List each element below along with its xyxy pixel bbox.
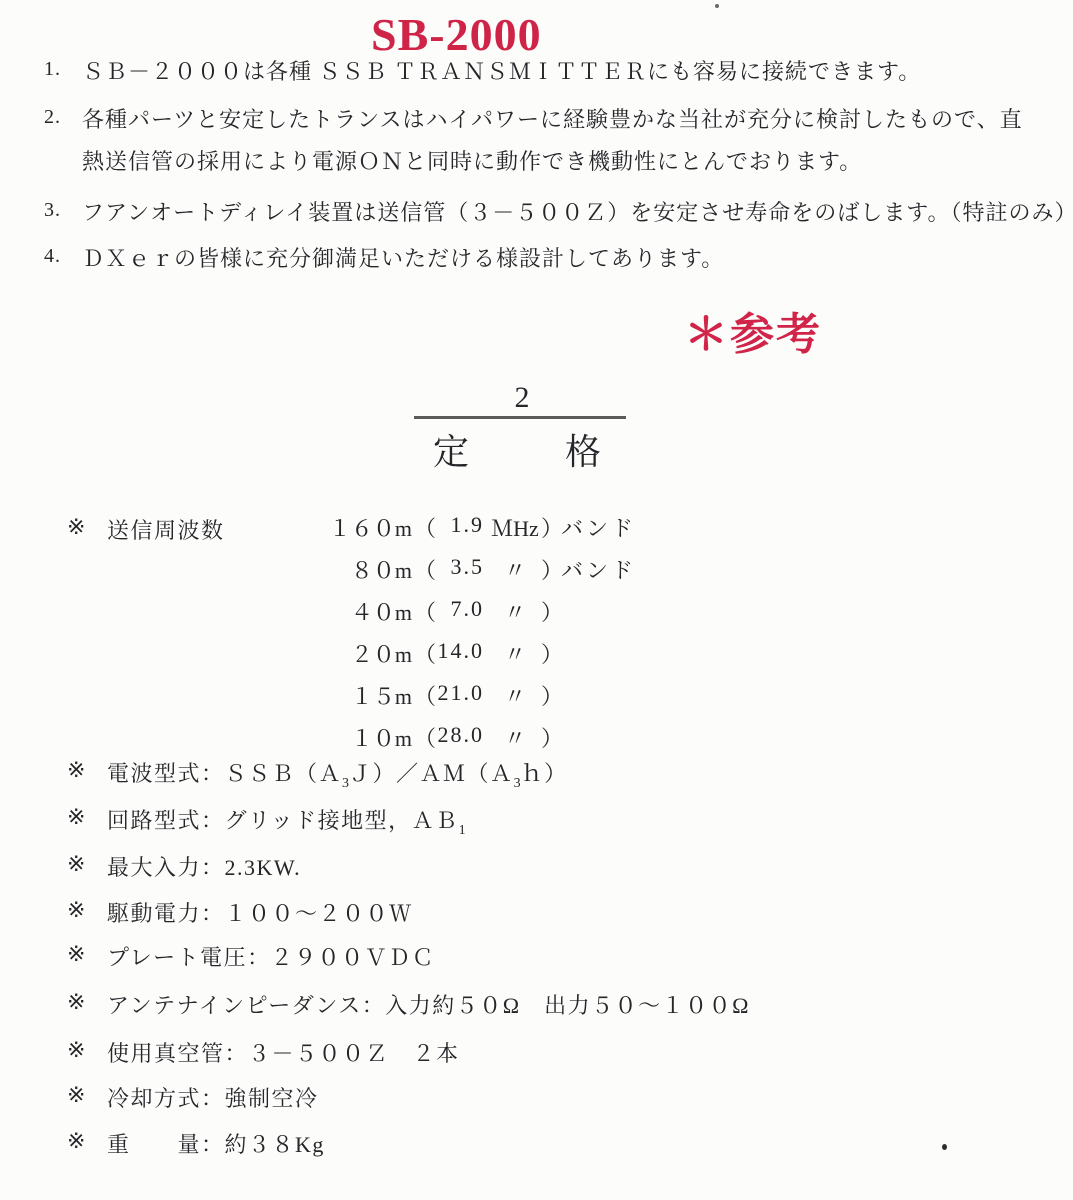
feature-text: ＤＸｅｒの皆様に充分御満足いただける様設計してあります。	[82, 245, 724, 272]
band-name: １６０m	[290, 512, 412, 543]
spec-label: 重 量	[107, 1132, 201, 1157]
band-unit: 〃	[484, 722, 546, 753]
spec-label: 電波型式	[107, 761, 201, 786]
spec-content: 使用真空管：３－５００Ｚ ２本	[107, 1037, 460, 1068]
scan-artifact	[715, 4, 719, 8]
spec-value: グリッド接地型，ＡＢ	[225, 808, 459, 833]
spec-row-drive-power: ※ 駆動電力：１００～２００Ｗ	[0, 897, 1073, 925]
band-frequency: 1.9	[430, 512, 484, 538]
spec-value: １００～２００Ｗ	[225, 901, 413, 926]
feature-text: ＳＢ－２０００は各種 ＳＳＢ ＴＲＡＮＳＭＩＴＴＥＲにも容易に接続できます。	[82, 58, 921, 85]
band-row-40m: ４０m （ 7.0 〃 ）	[0, 596, 700, 624]
spec-value: ＳＳＢ（Ａ	[225, 761, 343, 786]
feature-lines: 各種パーツと安定したトランスはハイパワーに経験豊かな当社が充分に検討したもので、…	[82, 106, 1023, 175]
paren-close: ）	[541, 680, 563, 711]
reference-mark: ※	[67, 989, 85, 1015]
spec-value: 入力約５０Ω 出力５０～１００Ω	[385, 993, 750, 1018]
spec-label: 駆動電力	[107, 901, 201, 926]
spec-content: 駆動電力：１００～２００Ｗ	[107, 897, 413, 928]
feature-number: 1.	[44, 58, 82, 85]
band-frequency: 3.5	[430, 554, 484, 580]
spec-separator: ：	[201, 808, 225, 833]
band-name: １０m	[290, 722, 412, 753]
reference-mark: ※	[67, 941, 85, 967]
spec-separator: ：	[201, 901, 225, 926]
spec-value: ３－５００Ｚ ２本	[248, 1041, 460, 1066]
feature-item-2: 2. 各種パーツと安定したトランスはハイパワーに経験豊かな当社が充分に検討したも…	[44, 106, 1023, 175]
feature-text: 熱送信管の採用により電源ＯＮと同時に動作でき機動性にとんでおります。	[82, 148, 1023, 175]
reference-mark: ※	[67, 1082, 85, 1108]
feature-item-3: 3. フアンオートディレイ装置は送信管（３－５００Ｚ）を安定させ寿命をのばします…	[44, 199, 1073, 226]
spec-separator: ：	[201, 1086, 225, 1111]
band-name: ４０m	[290, 596, 412, 627]
band-row-10m: １０m （ 28.0 〃 ）	[0, 722, 700, 750]
band-suffix: バンド	[561, 512, 636, 543]
spec-content: 重 量：約３８Kg	[107, 1128, 325, 1159]
spec-row-antenna-impedance: ※ アンテナインピーダンス：入力約５０Ω 出力５０～１００Ω	[0, 989, 1073, 1017]
band-unit: ＭHz	[484, 512, 546, 543]
spec-value-subscript: 3	[342, 776, 349, 791]
reference-mark: ※	[67, 897, 85, 923]
band-unit: 〃	[484, 554, 546, 585]
reference-mark: ※	[67, 804, 85, 830]
band-unit: 〃	[484, 638, 546, 669]
feature-item-4: 4. ＤＸｅｒの皆様に充分御満足いただける様設計してあります。	[44, 245, 724, 272]
spec-value: 約３８Kg	[225, 1132, 325, 1157]
spec-row-weight: ※ 重 量：約３８Kg	[0, 1128, 1073, 1156]
section-heading: 定 格	[433, 424, 609, 475]
feature-number: 3.	[44, 199, 82, 226]
band-unit: 〃	[484, 680, 546, 711]
spec-content: 最大入力：2.3KW.	[107, 851, 301, 882]
reference-mark: ※	[67, 851, 85, 877]
band-frequency: 7.0	[430, 596, 484, 622]
feature-text: フアンオートディレイ装置は送信管（３－５００Ｚ）を安定させ寿命をのばします。（特…	[82, 199, 1073, 226]
paren-close: ）	[541, 722, 563, 753]
paren-close: ）	[541, 596, 563, 627]
band-name: ２０m	[290, 638, 412, 669]
spec-label: 回路型式	[107, 808, 201, 833]
spec-content: プレート電圧：２９００ＶＤＣ	[107, 941, 435, 972]
spec-separator: ：	[201, 761, 225, 786]
feature-item-1: 1. ＳＢ－２０００は各種 ＳＳＢ ＴＲＡＮＳＭＩＴＴＥＲにも容易に接続できます…	[44, 58, 921, 85]
spec-row-plate-voltage: ※ プレート電圧：２９００ＶＤＣ	[0, 941, 1073, 969]
spec-label: アンテナインピーダンス	[107, 993, 362, 1018]
paren-close: ）	[541, 638, 563, 669]
band-row-20m: ２０m （ 14.0 〃 ）	[0, 638, 700, 666]
spec-value: 強制空冷	[225, 1086, 319, 1111]
band-row-160m: １６０m （ 1.9 ＭHz ） バンド	[0, 512, 700, 540]
band-frequency: 21.0	[430, 680, 484, 706]
band-unit: 〃	[484, 596, 546, 627]
feature-lines: ＤＸｅｒの皆様に充分御満足いただける様設計してあります。	[82, 245, 724, 272]
band-frequency: 14.0	[430, 638, 484, 664]
paren-close: ）	[541, 512, 563, 543]
band-frequency: 28.0	[430, 722, 484, 748]
spec-separator: ：	[362, 993, 386, 1018]
spec-value: ２９００ＶＤＣ	[271, 945, 436, 970]
spec-value-subscript: 1	[459, 823, 466, 838]
spec-row-vacuum-tubes: ※ 使用真空管：３－５００Ｚ ２本	[0, 1037, 1073, 1065]
spec-label: 最大入力	[107, 855, 201, 880]
band-row-15m: １５m （ 21.0 〃 ）	[0, 680, 700, 708]
feature-text: 各種パーツと安定したトランスはハイパワーに経験豊かな当社が充分に検討したもので、…	[82, 106, 1023, 133]
spec-value: 2.3KW.	[225, 855, 302, 880]
reference-mark: ※	[67, 1128, 85, 1154]
spec-separator: ：	[201, 855, 225, 880]
reference-mark: ※	[67, 757, 85, 783]
band-name: ８０m	[290, 554, 412, 585]
spec-value: ｈ）	[521, 761, 568, 786]
section-underline	[414, 416, 626, 419]
spec-row-max-input: ※ 最大入力：2.3KW.	[0, 851, 1073, 879]
feature-number: 2.	[44, 106, 82, 175]
band-name: １５m	[290, 680, 412, 711]
feature-lines: フアンオートディレイ装置は送信管（３－５００Ｚ）を安定させ寿命をのばします。（特…	[82, 199, 1073, 226]
spec-content: 冷却方式：強制空冷	[107, 1082, 319, 1113]
spec-label: 使用真空管	[107, 1041, 225, 1066]
spec-separator: ：	[225, 1041, 249, 1066]
spec-content: アンテナインピーダンス：入力約５０Ω 出力５０～１００Ω	[107, 989, 750, 1020]
spec-content: 回路型式：グリッド接地型，ＡＢ1	[107, 804, 466, 839]
spec-separator: ：	[247, 945, 271, 970]
band-row-80m: ８０m （ 3.5 〃 ） バンド	[0, 554, 700, 582]
spec-row-emission-mode: ※ 電波型式：ＳＳＢ（Ａ3Ｊ）／ＡＭ（Ａ3ｈ）	[0, 757, 1073, 785]
reference-mark: ※	[67, 1037, 85, 1063]
feature-number: 4.	[44, 245, 82, 272]
spec-row-circuit-type: ※ 回路型式：グリッド接地型，ＡＢ1	[0, 804, 1073, 832]
spec-value-subscript: 3	[514, 776, 521, 791]
spec-label: プレート電圧	[107, 945, 247, 970]
spec-separator: ：	[201, 1132, 225, 1157]
spec-value: Ｊ）／ＡＭ（Ａ	[349, 761, 514, 786]
spec-row-cooling: ※ 冷却方式：強制空冷	[0, 1082, 1073, 1110]
spec-content: 電波型式：ＳＳＢ（Ａ3Ｊ）／ＡＭ（Ａ3ｈ）	[107, 757, 568, 792]
paren-close: ）	[541, 554, 563, 585]
section-number: 2	[510, 381, 534, 415]
scanned-spec-sheet: SB-2000 1. ＳＢ－２０００は各種 ＳＳＢ ＴＲＡＮＳＭＩＴＴＥＲにも容…	[0, 0, 1073, 1200]
spec-label: 冷却方式	[107, 1086, 201, 1111]
page-title: SB-2000	[371, 8, 542, 61]
band-suffix: バンド	[561, 554, 636, 585]
reference-stamp: ＊参考	[684, 298, 822, 362]
feature-lines: ＳＢ－２０００は各種 ＳＳＢ ＴＲＡＮＳＭＩＴＴＥＲにも容易に接続できます。	[82, 58, 921, 85]
